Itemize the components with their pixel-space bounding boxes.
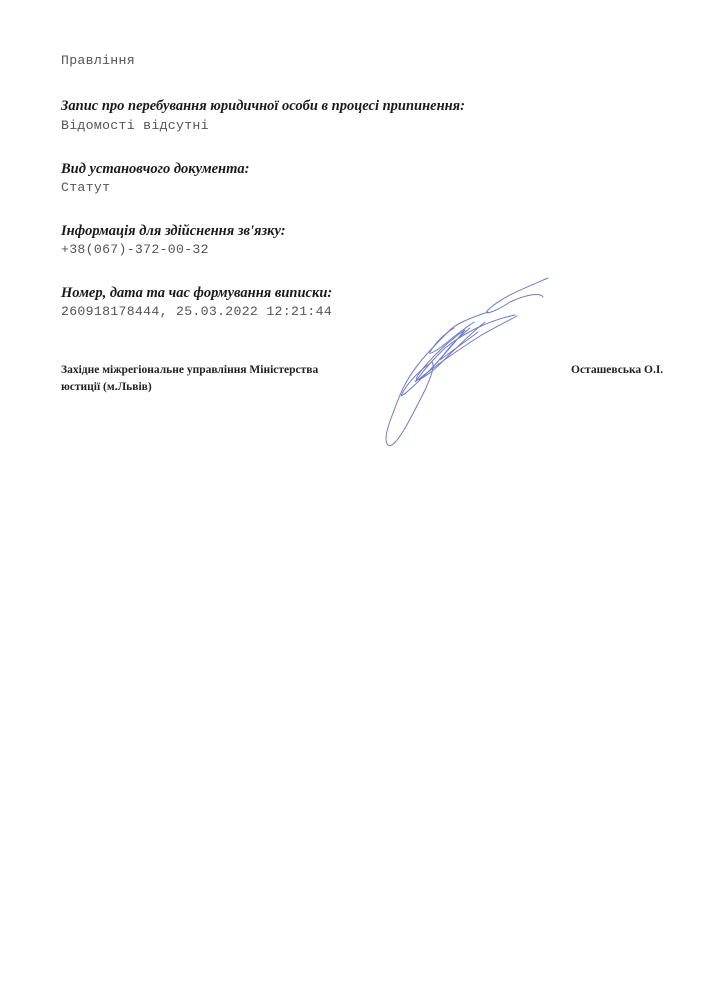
contact-info-value: +38(067)-372-00-32 (61, 242, 209, 257)
issuing-authority-line1: Західне міжрегіональне управління Мініст… (61, 362, 318, 379)
contact-info-label: Інформація для здійснення зв'язку: (61, 223, 286, 240)
handwritten-signature-icon (370, 270, 560, 455)
founding-document-value: Статут (61, 180, 110, 195)
termination-record-label: Запис про перебування юридичної особи в … (61, 98, 465, 115)
issuing-authority-line2: юстиції (м.Львів) (61, 379, 318, 396)
issuing-authority: Західне міжрегіональне управління Мініст… (61, 362, 318, 396)
termination-record-value: Відомості відсутні (61, 118, 209, 133)
extract-number-value: 260918178444, 25.03.2022 12:21:44 (61, 304, 332, 319)
signatory-name: Осташевська О.І. (571, 362, 663, 379)
governing-body-value: Правління (61, 53, 135, 68)
founding-document-label: Вид установчого документа: (61, 161, 249, 178)
extract-number-label: Номер, дата та час формування виписки: (61, 285, 332, 302)
